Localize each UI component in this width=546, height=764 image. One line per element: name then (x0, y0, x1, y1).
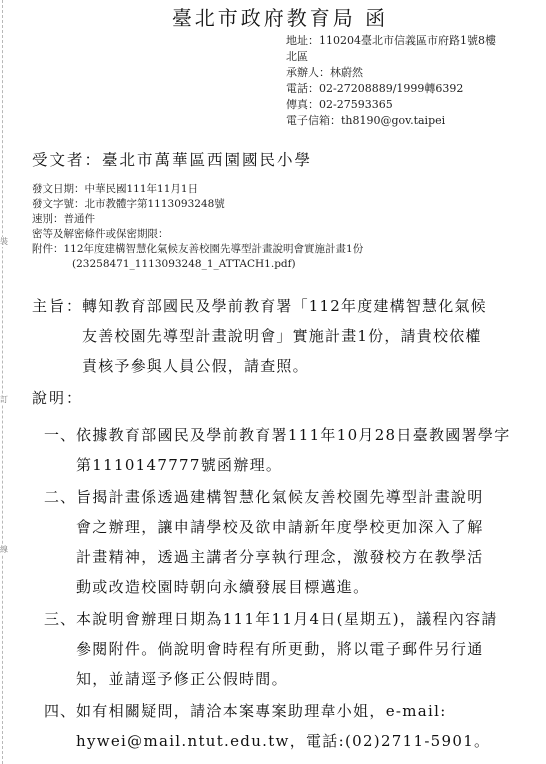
explanation-label: 說明： (32, 387, 83, 408)
item-line: 旨揭計畫係透過建構智慧化氣候友善校園先導型計畫說明 (76, 482, 534, 512)
subject-section: 主旨： 轉知教育部國民及學前教育署「112年度建構智慧化氣候 友善校園先導型計畫… (32, 291, 522, 381)
sender-email: 電子信箱：th8190@gov.taipei (286, 113, 486, 129)
sender-phone: 電話：02-27208889/1999轉6392 (286, 81, 486, 97)
subject-line: 轉知教育部國民及學前教育署「112年度建構智慧化氣候 (82, 291, 522, 321)
explanation-list: 一、 依據教育部國民及學前教育署111年10月28日臺教國署學字 第111014… (44, 420, 534, 758)
item-line: 第1110147777號函辦理。 (76, 450, 534, 480)
doc-number: 發文字號：北市教體字第1113093248號 (32, 197, 512, 212)
attachment-file-link[interactable]: (23258471_1113093248_1_ATTACH1.pdf) (32, 257, 512, 272)
explanation-item-1: 一、 依據教育部國民及學前教育署111年10月28日臺教國署學字 第111014… (44, 420, 534, 480)
item-line: 本說明會辦理日期為111年11月4日(星期五)，議程內容請 (76, 604, 534, 634)
contact-email-phone[interactable]: hywei@mail.ntut.edu.tw，電話:(02)2711-5901。 (76, 726, 534, 756)
item-line: 計畫精神，透過主講者分享執行理念，激發校方在教學活 (76, 542, 534, 572)
explanation-item-3: 三、 本說明會辦理日期為111年11月4日(星期五)，議程內容請 參閱附件。倘說… (44, 604, 534, 694)
sender-address: 地址：110204臺北市信義區市府路1號8樓 (286, 33, 486, 49)
binding-line (2, 0, 3, 764)
explanation-item-2: 二、 旨揭計畫係透過建構智慧化氣候友善校園先導型計畫說明 會之辦理，讓申請學校及… (44, 482, 534, 602)
issue-date: 發文日期：中華民國111年11月1日 (32, 182, 512, 197)
sender-fax: 傳真：02-27593365 (286, 97, 486, 113)
item-number: 一、 (44, 420, 76, 450)
item-line: 依據教育部國民及學前教育署111年10月28日臺教國署學字 (76, 420, 534, 450)
sender-contact-person: 承辦人：林蔚然 (286, 65, 486, 81)
item-line: 知，並請逕予修正公假時間。 (76, 664, 534, 694)
subject-line: 責核予參與人員公假，請查照。 (82, 351, 522, 381)
item-number: 四、 (44, 696, 76, 726)
confidentiality: 密等及解密條件或保密期限： (32, 227, 512, 242)
subject-label: 主旨： (32, 291, 83, 321)
subject-line: 友善校園先導型計畫說明會」實施計畫1份，請貴校依權 (82, 321, 522, 351)
document-title: 臺北市政府教育局 函 (0, 2, 546, 31)
item-number: 二、 (44, 482, 76, 512)
sender-info: 地址：110204臺北市信義區市府路1號8樓 北區 承辦人：林蔚然 電話：02-… (286, 33, 486, 129)
explanation-item-4: 四、 如有相關疑問，請洽本案專案助理韋小姐，e-mail: hywei@mail… (44, 696, 534, 756)
delivery-speed: 速別：普通件 (32, 212, 512, 227)
recipient: 受文者：臺北市萬華區西園國民小學 (32, 148, 312, 170)
binding-mark-xian: 線 (0, 545, 8, 555)
document-meta: 發文日期：中華民國111年11月1日 發文字號：北市教體字第1113093248… (32, 182, 512, 272)
subject-body: 轉知教育部國民及學前教育署「112年度建構智慧化氣候 友善校園先導型計畫說明會」… (82, 291, 522, 381)
item-number: 三、 (44, 604, 76, 634)
item-line: 參閱附件。倘說明會時程有所更動，將以電子郵件另行通 (76, 634, 534, 664)
item-line: 動或改造校園時朝向永續發展目標邁進。 (76, 572, 534, 602)
item-line: 如有相關疑問，請洽本案專案助理韋小姐，e-mail: (76, 696, 534, 726)
item-line: 會之辦理，讓申請學校及欲申請新年度學校更加深入了解 (76, 512, 534, 542)
binding-mark-zhuang: 裝 (0, 237, 8, 247)
binding-mark-ding: 訂 (0, 395, 8, 405)
attachment: 附件：112年度建構智慧化氣候友善校園先導型計畫說明會實施計畫1份 (32, 242, 512, 257)
sender-address-cont: 北區 (286, 49, 486, 65)
